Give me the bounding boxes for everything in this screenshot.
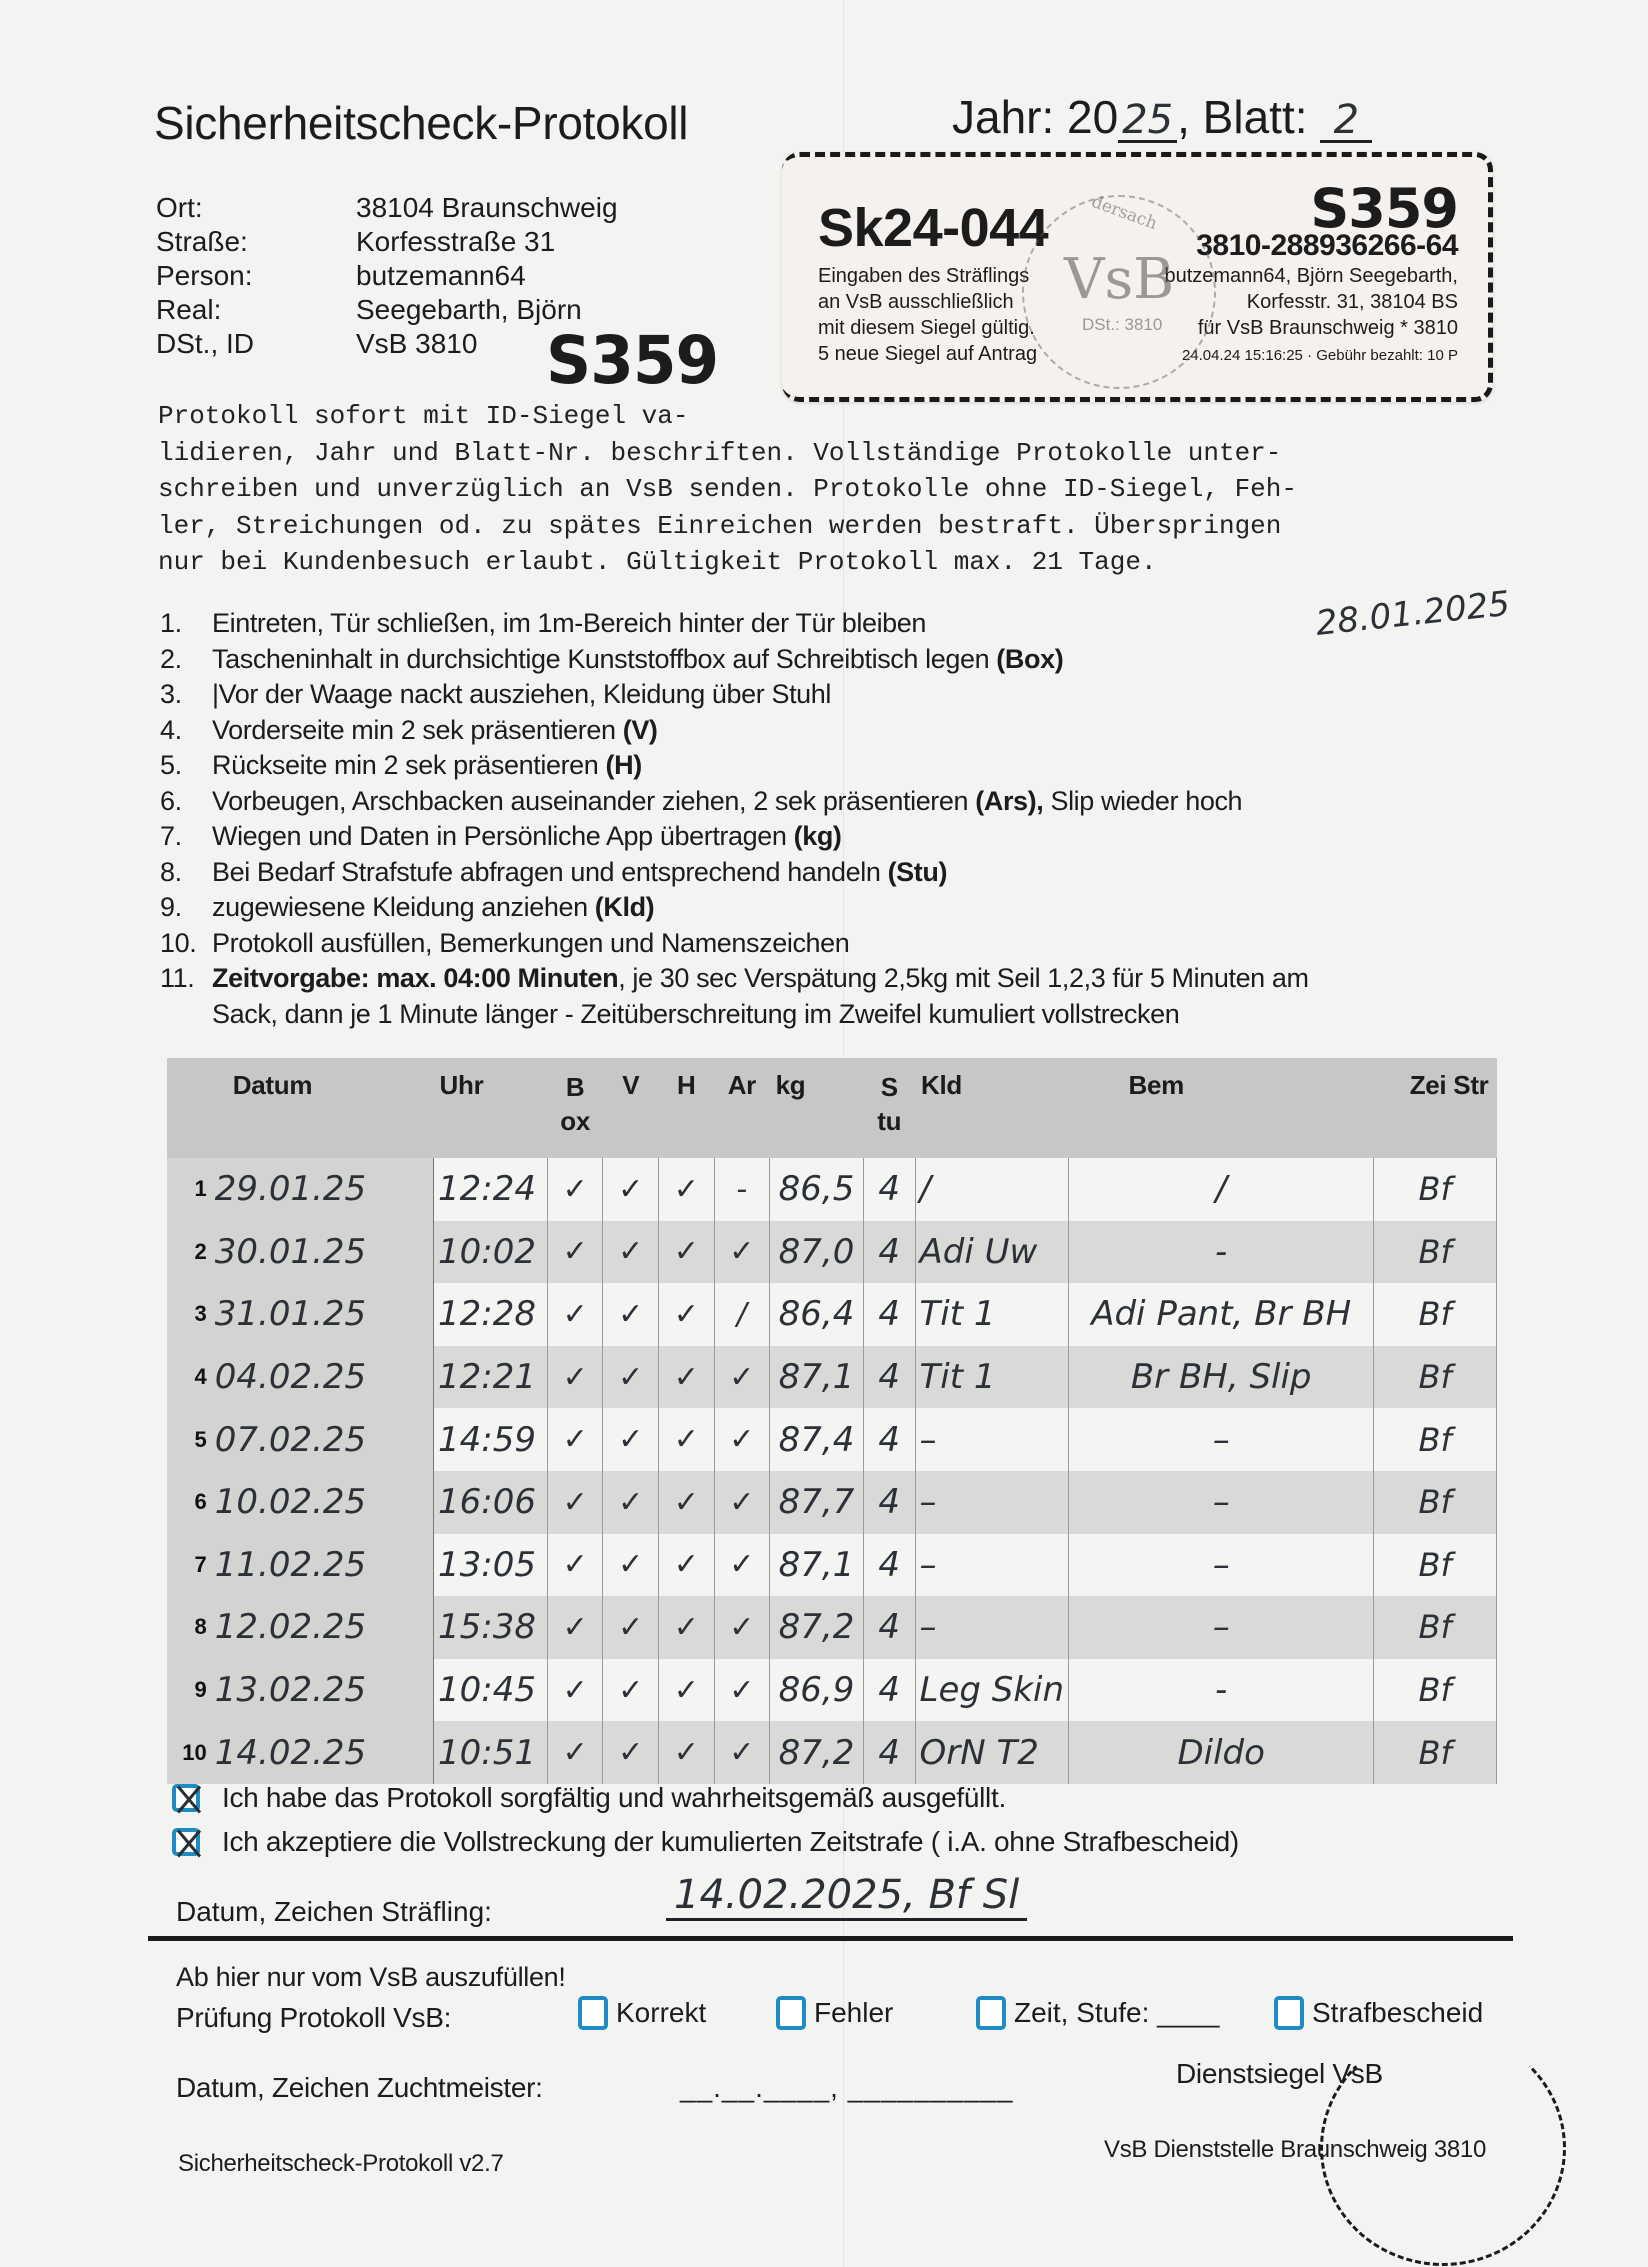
procedure-step: 8.Bei Bedarf Strafstufe abfragen und ent… bbox=[160, 855, 1560, 891]
vsb-only-note: Ab hier nur vom VsB auszufüllen! bbox=[176, 1962, 566, 1993]
signature-field[interactable]: 14.02.2025, Bf Sl bbox=[666, 1872, 1027, 1921]
step-number: 5. bbox=[160, 748, 212, 784]
date-cell[interactable]: 04.02.25 bbox=[211, 1346, 434, 1409]
row-number: 8 bbox=[167, 1596, 211, 1659]
vsb-stamp-icon: dersach VsB DSt.: 3810 bbox=[1022, 195, 1216, 389]
step-text: Zeitvorgabe: max. 04:00 Minuten, je 30 s… bbox=[212, 961, 1309, 997]
box-check-cell[interactable]: ✓ bbox=[547, 1721, 603, 1784]
table-row: 913.02.2510:45✓✓✓✓86,94Leg Skin-Bf bbox=[167, 1659, 1497, 1722]
info-value-dst-id: VsB 3810 bbox=[356, 328, 477, 360]
box-check-cell[interactable]: ✓ bbox=[547, 1283, 603, 1346]
level-cell[interactable]: 4 bbox=[863, 1471, 915, 1534]
check-log-table: Datum Uhr B ox V H Ar kg S tu Kld Bem Ze… bbox=[167, 1058, 1497, 1784]
weight-cell[interactable]: 86,4 bbox=[770, 1283, 864, 1346]
info-label-strasse: Straße: bbox=[156, 226, 248, 258]
column-header-uhr: Uhr bbox=[434, 1058, 548, 1158]
time-cell[interactable]: 10:45 bbox=[434, 1659, 548, 1722]
table-row: 610.02.2516:06✓✓✓✓87,74––Bf bbox=[167, 1471, 1497, 1534]
step-text: |Vor der Waage nackt ausziehen, Kleidung… bbox=[212, 677, 831, 713]
level-cell[interactable]: 4 bbox=[863, 1596, 915, 1659]
level-cell[interactable]: 4 bbox=[863, 1221, 915, 1284]
level-cell[interactable]: 4 bbox=[863, 1534, 915, 1597]
clothing-cell[interactable]: – bbox=[915, 1534, 1069, 1597]
step-text: Tascheninhalt in durchsichtige Kunststof… bbox=[212, 642, 1063, 678]
step-text: Vorbeugen, Arschbacken auseinander ziehe… bbox=[212, 784, 1242, 820]
back-check-cell[interactable]: ✓ bbox=[659, 1158, 715, 1221]
back-check-cell[interactable]: ✓ bbox=[659, 1346, 715, 1409]
prisoner-id-large: S359 bbox=[546, 322, 718, 399]
initials-cell[interactable]: Bf bbox=[1374, 1471, 1497, 1534]
level-cell[interactable]: 4 bbox=[863, 1346, 915, 1409]
procedure-step: 11.Zeitvorgabe: max. 04:00 Minuten, je 3… bbox=[160, 961, 1560, 997]
table-row: 711.02.2513:05✓✓✓✓87,14––Bf bbox=[167, 1534, 1497, 1597]
declaration-text: Ich habe das Protokoll sorgfältig und wa… bbox=[222, 1782, 1006, 1814]
level-cell[interactable]: 4 bbox=[863, 1659, 915, 1722]
info-label-person: Person: bbox=[156, 260, 253, 292]
date-cell[interactable]: 14.02.25 bbox=[211, 1721, 434, 1784]
declaration-truthful: Ich habe das Protokoll sorgfältig und wa… bbox=[172, 1782, 1006, 1814]
remark-cell[interactable]: / bbox=[1069, 1158, 1374, 1221]
step-number: 1. bbox=[160, 606, 212, 642]
year-label: Jahr: 20 bbox=[952, 91, 1118, 143]
back-check-cell[interactable]: ✓ bbox=[659, 1721, 715, 1784]
stamp-ring-text: dersach bbox=[1089, 192, 1160, 234]
column-header-datum: Datum bbox=[211, 1058, 434, 1158]
level-cell[interactable]: 4 bbox=[863, 1721, 915, 1784]
column-header-zei-str: Zei Str bbox=[1374, 1058, 1497, 1158]
step-text: zugewiesene Kleidung anziehen (Kld) bbox=[212, 890, 654, 926]
declaration-text: Ich akzeptiere die Vollstreckung der kum… bbox=[222, 1826, 1239, 1858]
row-number: 1 bbox=[167, 1158, 211, 1221]
row-number: 3 bbox=[167, 1283, 211, 1346]
front-check-cell[interactable]: ✓ bbox=[603, 1221, 659, 1284]
step-number: 9. bbox=[160, 890, 212, 926]
table-row: 230.01.2510:02✓✓✓✓87,04Adi Uw-Bf bbox=[167, 1221, 1497, 1284]
option-label: Korrekt bbox=[616, 1997, 706, 2029]
box-check-cell[interactable]: ✓ bbox=[547, 1408, 603, 1471]
date-cell[interactable]: 12.02.25 bbox=[211, 1596, 434, 1659]
page-title: Sicherheitscheck-Protokoll bbox=[154, 96, 688, 150]
front-check-cell[interactable]: ✓ bbox=[603, 1596, 659, 1659]
option-label: Fehler bbox=[814, 1997, 893, 2029]
step-text: Vorderseite min 2 sek präsentieren (V) bbox=[212, 713, 658, 749]
ars-check-cell[interactable]: ✓ bbox=[714, 1221, 770, 1284]
step-number: 4. bbox=[160, 713, 212, 749]
option-label: Zeit, Stufe: ____ bbox=[1014, 1997, 1219, 2029]
step-number: 11. bbox=[160, 961, 212, 997]
weight-cell[interactable]: 86,9 bbox=[770, 1659, 864, 1722]
column-header-h: H bbox=[659, 1058, 715, 1158]
master-signature-label: Datum, Zeichen Zuchtmeister: bbox=[176, 2072, 543, 2104]
front-check-cell[interactable]: ✓ bbox=[603, 1346, 659, 1409]
date-cell[interactable]: 07.02.25 bbox=[211, 1408, 434, 1471]
row-number: 10 bbox=[167, 1721, 211, 1784]
review-option-zeit-stufe[interactable]: Zeit, Stufe: ____ bbox=[976, 1996, 1219, 2030]
clothing-cell[interactable]: Adi Uw bbox=[915, 1221, 1069, 1284]
checkbox-icon[interactable] bbox=[1274, 1996, 1304, 2030]
weight-cell[interactable]: 87,2 bbox=[770, 1596, 864, 1659]
column-header-bem: Bem bbox=[1069, 1058, 1374, 1158]
column-header-kg: kg bbox=[770, 1058, 864, 1158]
review-option-korrekt[interactable]: Korrekt bbox=[578, 1996, 706, 2030]
seal-note-line: an VsB ausschließlich bbox=[818, 291, 1014, 314]
time-cell[interactable]: 15:38 bbox=[434, 1596, 548, 1659]
seal-number: 3810-288936266-64 bbox=[1196, 229, 1458, 263]
time-cell[interactable]: 14:59 bbox=[434, 1408, 548, 1471]
clothing-cell[interactable]: – bbox=[915, 1408, 1069, 1471]
seal-timestamp: 24.04.24 15:16:25 · Gebühr bezahlt: 10 P bbox=[1182, 347, 1458, 364]
stamp-dst-text: DSt.: 3810 bbox=[1082, 315, 1162, 335]
box-check-cell[interactable]: ✓ bbox=[547, 1596, 603, 1659]
procedure-step: 2.Tascheninhalt in durchsichtige Kunstst… bbox=[160, 642, 1560, 678]
procedure-step: 4.Vorderseite min 2 sek präsentieren (V) bbox=[160, 713, 1560, 749]
step-number: 3. bbox=[160, 677, 212, 713]
checkbox-icon[interactable] bbox=[976, 1996, 1006, 2030]
procedure-step: 9.zugewiesene Kleidung anziehen (Kld) bbox=[160, 890, 1560, 926]
column-header-ar: Ar bbox=[714, 1058, 770, 1158]
back-check-cell[interactable]: ✓ bbox=[659, 1221, 715, 1284]
review-option-strafbescheid[interactable]: Strafbescheid bbox=[1274, 1996, 1483, 2030]
box-check-cell[interactable]: ✓ bbox=[547, 1471, 603, 1534]
back-check-cell[interactable]: ✓ bbox=[659, 1408, 715, 1471]
info-value-ort: 38104 Braunschweig bbox=[356, 192, 618, 224]
year-field[interactable]: 25 bbox=[1118, 100, 1177, 143]
table-row: 404.02.2512:21✓✓✓✓87,14Tit 1Br BH, SlipB… bbox=[167, 1346, 1497, 1409]
ars-check-cell[interactable]: / bbox=[714, 1283, 770, 1346]
year-sheet-line: Jahr: 2025, Blatt: 2 bbox=[952, 90, 1372, 144]
front-check-cell[interactable]: ✓ bbox=[603, 1534, 659, 1597]
instructions-paragraph: Protokoll sofort mit ID-Siegel va- lidie… bbox=[158, 398, 1498, 581]
front-check-cell[interactable]: ✓ bbox=[603, 1659, 659, 1722]
procedure-step: 7.Wiegen und Daten in Persönliche App üb… bbox=[160, 819, 1560, 855]
remark-cell[interactable]: Adi Pant, Br BH bbox=[1069, 1283, 1374, 1346]
remark-cell[interactable]: - bbox=[1069, 1221, 1374, 1284]
date-cell[interactable]: 13.02.25 bbox=[211, 1659, 434, 1722]
info-label-dst-id: DSt., ID bbox=[156, 328, 254, 360]
procedure-step: 5.Rückseite min 2 sek präsentieren (H) bbox=[160, 748, 1560, 784]
info-value-strasse: Korfesstraße 31 bbox=[356, 226, 555, 258]
column-header-kld: Kld bbox=[915, 1058, 1069, 1158]
time-cell[interactable]: 10:51 bbox=[434, 1721, 548, 1784]
front-check-cell[interactable]: ✓ bbox=[603, 1283, 659, 1346]
weight-cell[interactable]: 87,1 bbox=[770, 1346, 864, 1409]
initials-cell[interactable]: Bf bbox=[1374, 1221, 1497, 1284]
step-text: Wiegen und Daten in Persönliche App über… bbox=[212, 819, 842, 855]
remark-cell[interactable]: – bbox=[1069, 1471, 1374, 1534]
date-cell[interactable]: 29.01.25 bbox=[211, 1158, 434, 1221]
ars-check-cell[interactable]: ✓ bbox=[714, 1534, 770, 1597]
option-label: Strafbescheid bbox=[1312, 1997, 1483, 2029]
seal-owner-line: Korfesstr. 31, 38104 BS bbox=[1247, 291, 1458, 314]
ars-check-cell[interactable]: - bbox=[714, 1158, 770, 1221]
table-row: 507.02.2514:59✓✓✓✓87,44––Bf bbox=[167, 1408, 1497, 1471]
clothing-cell[interactable]: Tit 1 bbox=[915, 1346, 1069, 1409]
remark-cell[interactable]: – bbox=[1069, 1596, 1374, 1659]
step-text: Eintreten, Tür schließen, im 1m-Bereich … bbox=[212, 606, 926, 642]
info-label-real: Real: bbox=[156, 294, 221, 326]
row-number: 7 bbox=[167, 1534, 211, 1597]
step-text: Protokoll ausfüllen, Bemerkungen und Nam… bbox=[212, 926, 849, 962]
table-row: 1014.02.2510:51✓✓✓✓87,24OrN T2DildoBf bbox=[167, 1721, 1497, 1784]
time-cell[interactable]: 16:06 bbox=[434, 1471, 548, 1534]
time-cell[interactable]: 10:02 bbox=[434, 1221, 548, 1284]
initials-cell[interactable]: Bf bbox=[1374, 1596, 1497, 1659]
column-header-stu: S tu bbox=[863, 1058, 915, 1158]
date-cell[interactable]: 11.02.25 bbox=[211, 1534, 434, 1597]
step-number: 10. bbox=[160, 926, 212, 962]
row-number: 2 bbox=[167, 1221, 211, 1284]
ars-check-cell[interactable]: ✓ bbox=[714, 1346, 770, 1409]
declaration-accept-penalty: Ich akzeptiere die Vollstreckung der kum… bbox=[172, 1826, 1239, 1858]
declaration-checkbox[interactable] bbox=[172, 1828, 200, 1856]
weight-cell[interactable]: 87,4 bbox=[770, 1408, 864, 1471]
weight-cell[interactable]: 87,7 bbox=[770, 1471, 864, 1534]
back-check-cell[interactable]: ✓ bbox=[659, 1471, 715, 1534]
box-check-cell[interactable]: ✓ bbox=[547, 1346, 603, 1409]
remark-cell[interactable]: – bbox=[1069, 1534, 1374, 1597]
ars-check-cell[interactable]: ✓ bbox=[714, 1659, 770, 1722]
back-check-cell[interactable]: ✓ bbox=[659, 1659, 715, 1722]
section-divider bbox=[148, 1936, 1513, 1941]
ars-check-cell[interactable]: ✓ bbox=[714, 1721, 770, 1784]
weight-cell[interactable]: 86,5 bbox=[770, 1158, 864, 1221]
initials-cell[interactable]: Bf bbox=[1374, 1283, 1497, 1346]
step-text: Rückseite min 2 sek präsentieren (H) bbox=[212, 748, 642, 784]
ars-check-cell[interactable]: ✓ bbox=[714, 1408, 770, 1471]
stamp-center-text: VsB bbox=[1064, 247, 1174, 312]
front-check-cell[interactable]: ✓ bbox=[603, 1158, 659, 1221]
procedure-steps: 1.Eintreten, Tür schließen, im 1m-Bereic… bbox=[160, 606, 1560, 1032]
level-cell[interactable]: 4 bbox=[863, 1408, 915, 1471]
review-label: Prüfung Protokoll VsB: bbox=[176, 2002, 451, 2034]
box-check-cell[interactable]: ✓ bbox=[547, 1221, 603, 1284]
row-number: 6 bbox=[167, 1471, 211, 1534]
remark-cell[interactable]: Dildo bbox=[1069, 1721, 1374, 1784]
initials-cell[interactable]: Bf bbox=[1374, 1534, 1497, 1597]
step-number: 6. bbox=[160, 784, 212, 820]
column-header-v: V bbox=[603, 1058, 659, 1158]
sheet-field[interactable]: 2 bbox=[1320, 100, 1372, 143]
signature-label: Datum, Zeichen Sträfling: bbox=[176, 1896, 492, 1928]
table-header-row: Datum Uhr B ox V H Ar kg S tu Kld Bem Ze… bbox=[167, 1058, 1497, 1158]
remark-cell[interactable]: – bbox=[1069, 1408, 1374, 1471]
back-check-cell[interactable]: ✓ bbox=[659, 1596, 715, 1659]
remark-cell[interactable]: Br BH, Slip bbox=[1069, 1346, 1374, 1409]
clothing-cell[interactable]: OrN T2 bbox=[915, 1721, 1069, 1784]
ars-check-cell[interactable]: ✓ bbox=[714, 1596, 770, 1659]
table-row: 812.02.2515:38✓✓✓✓87,24––Bf bbox=[167, 1596, 1497, 1659]
clothing-cell[interactable]: – bbox=[915, 1596, 1069, 1659]
box-check-cell[interactable]: ✓ bbox=[547, 1158, 603, 1221]
office-name: VsB Dienststelle Braunschweig 3810 bbox=[1104, 2136, 1486, 2164]
weight-cell[interactable]: 87,2 bbox=[770, 1721, 864, 1784]
table-row: 129.01.2512:24✓✓✓-86,54//Bf bbox=[167, 1158, 1497, 1221]
ars-check-cell[interactable]: ✓ bbox=[714, 1471, 770, 1534]
front-check-cell[interactable]: ✓ bbox=[603, 1721, 659, 1784]
id-seal-sticker: Sk24-044 S359 3810-288936266-64 Eingaben… bbox=[782, 152, 1493, 402]
step-text: Bei Bedarf Strafstufe abfragen und entsp… bbox=[212, 855, 947, 891]
step-number: 7. bbox=[160, 819, 212, 855]
row-number: 4 bbox=[167, 1346, 211, 1409]
weight-cell[interactable]: 87,0 bbox=[770, 1221, 864, 1284]
table-row: 331.01.2512:28✓✓✓/86,44Tit 1Adi Pant, Br… bbox=[167, 1283, 1497, 1346]
row-number: 9 bbox=[167, 1659, 211, 1722]
seal-code: Sk24-044 bbox=[818, 197, 1048, 259]
level-cell[interactable]: 4 bbox=[863, 1158, 915, 1221]
seal-note-line: mit diesem Siegel gültig. bbox=[818, 317, 1035, 340]
step-text: Sack, dann je 1 Minute länger - Zeitüber… bbox=[212, 997, 1179, 1033]
date-cell[interactable]: 10.02.25 bbox=[211, 1471, 434, 1534]
initials-cell[interactable]: Bf bbox=[1374, 1408, 1497, 1471]
review-option-fehler[interactable]: Fehler bbox=[776, 1996, 893, 2030]
step-number bbox=[160, 997, 212, 1033]
initials-cell[interactable]: Bf bbox=[1374, 1346, 1497, 1409]
clothing-cell[interactable]: – bbox=[915, 1471, 1069, 1534]
front-check-cell[interactable]: ✓ bbox=[603, 1471, 659, 1534]
initials-cell[interactable]: Bf bbox=[1374, 1659, 1497, 1722]
step-number: 2. bbox=[160, 642, 212, 678]
level-cell[interactable]: 4 bbox=[863, 1283, 915, 1346]
master-signature-field[interactable]: __.__.____, __________ bbox=[680, 2072, 1013, 2104]
procedure-step: 10.Protokoll ausfüllen, Bemerkungen und … bbox=[160, 926, 1560, 962]
initials-cell[interactable]: Bf bbox=[1374, 1721, 1497, 1784]
seal-note-line: Eingaben des Sträflings bbox=[818, 265, 1029, 288]
clothing-cell[interactable]: / bbox=[915, 1158, 1069, 1221]
row-number: 5 bbox=[167, 1408, 211, 1471]
checkbox-icon[interactable] bbox=[776, 1996, 806, 2030]
time-cell[interactable]: 12:24 bbox=[434, 1158, 548, 1221]
box-check-cell[interactable]: ✓ bbox=[547, 1659, 603, 1722]
procedure-step: Sack, dann je 1 Minute länger - Zeitüber… bbox=[160, 997, 1560, 1033]
procedure-step: 6.Vorbeugen, Arschbacken auseinander zie… bbox=[160, 784, 1560, 820]
weight-cell[interactable]: 87,1 bbox=[770, 1534, 864, 1597]
column-header-box: B ox bbox=[547, 1058, 603, 1158]
info-label-ort: Ort: bbox=[156, 192, 203, 224]
date-cell[interactable]: 30.01.25 bbox=[211, 1221, 434, 1284]
time-cell[interactable]: 12:21 bbox=[434, 1346, 548, 1409]
back-check-cell[interactable]: ✓ bbox=[659, 1534, 715, 1597]
front-check-cell[interactable]: ✓ bbox=[603, 1408, 659, 1471]
initials-cell[interactable]: Bf bbox=[1374, 1158, 1497, 1221]
form-version: Sicherheitscheck-Protokoll v2.7 bbox=[178, 2150, 504, 2178]
declaration-checkbox[interactable] bbox=[172, 1784, 200, 1812]
time-cell[interactable]: 12:28 bbox=[434, 1283, 548, 1346]
seal-owner-line: für VsB Braunschweig * 3810 bbox=[1198, 317, 1458, 340]
seal-note-line: 5 neue Siegel auf Antrag bbox=[818, 343, 1037, 366]
back-check-cell[interactable]: ✓ bbox=[659, 1283, 715, 1346]
info-value-person: butzemann64 bbox=[356, 260, 526, 292]
checkbox-icon[interactable] bbox=[578, 1996, 608, 2030]
sheet-label: , Blatt: bbox=[1177, 91, 1307, 143]
clothing-cell[interactable]: Tit 1 bbox=[915, 1283, 1069, 1346]
remark-cell[interactable]: - bbox=[1069, 1659, 1374, 1722]
step-number: 8. bbox=[160, 855, 212, 891]
time-cell[interactable]: 13:05 bbox=[434, 1534, 548, 1597]
date-cell[interactable]: 31.01.25 bbox=[211, 1283, 434, 1346]
clothing-cell[interactable]: Leg Skin bbox=[915, 1659, 1069, 1722]
box-check-cell[interactable]: ✓ bbox=[547, 1534, 603, 1597]
procedure-step: 3.|Vor der Waage nackt ausziehen, Kleidu… bbox=[160, 677, 1560, 713]
